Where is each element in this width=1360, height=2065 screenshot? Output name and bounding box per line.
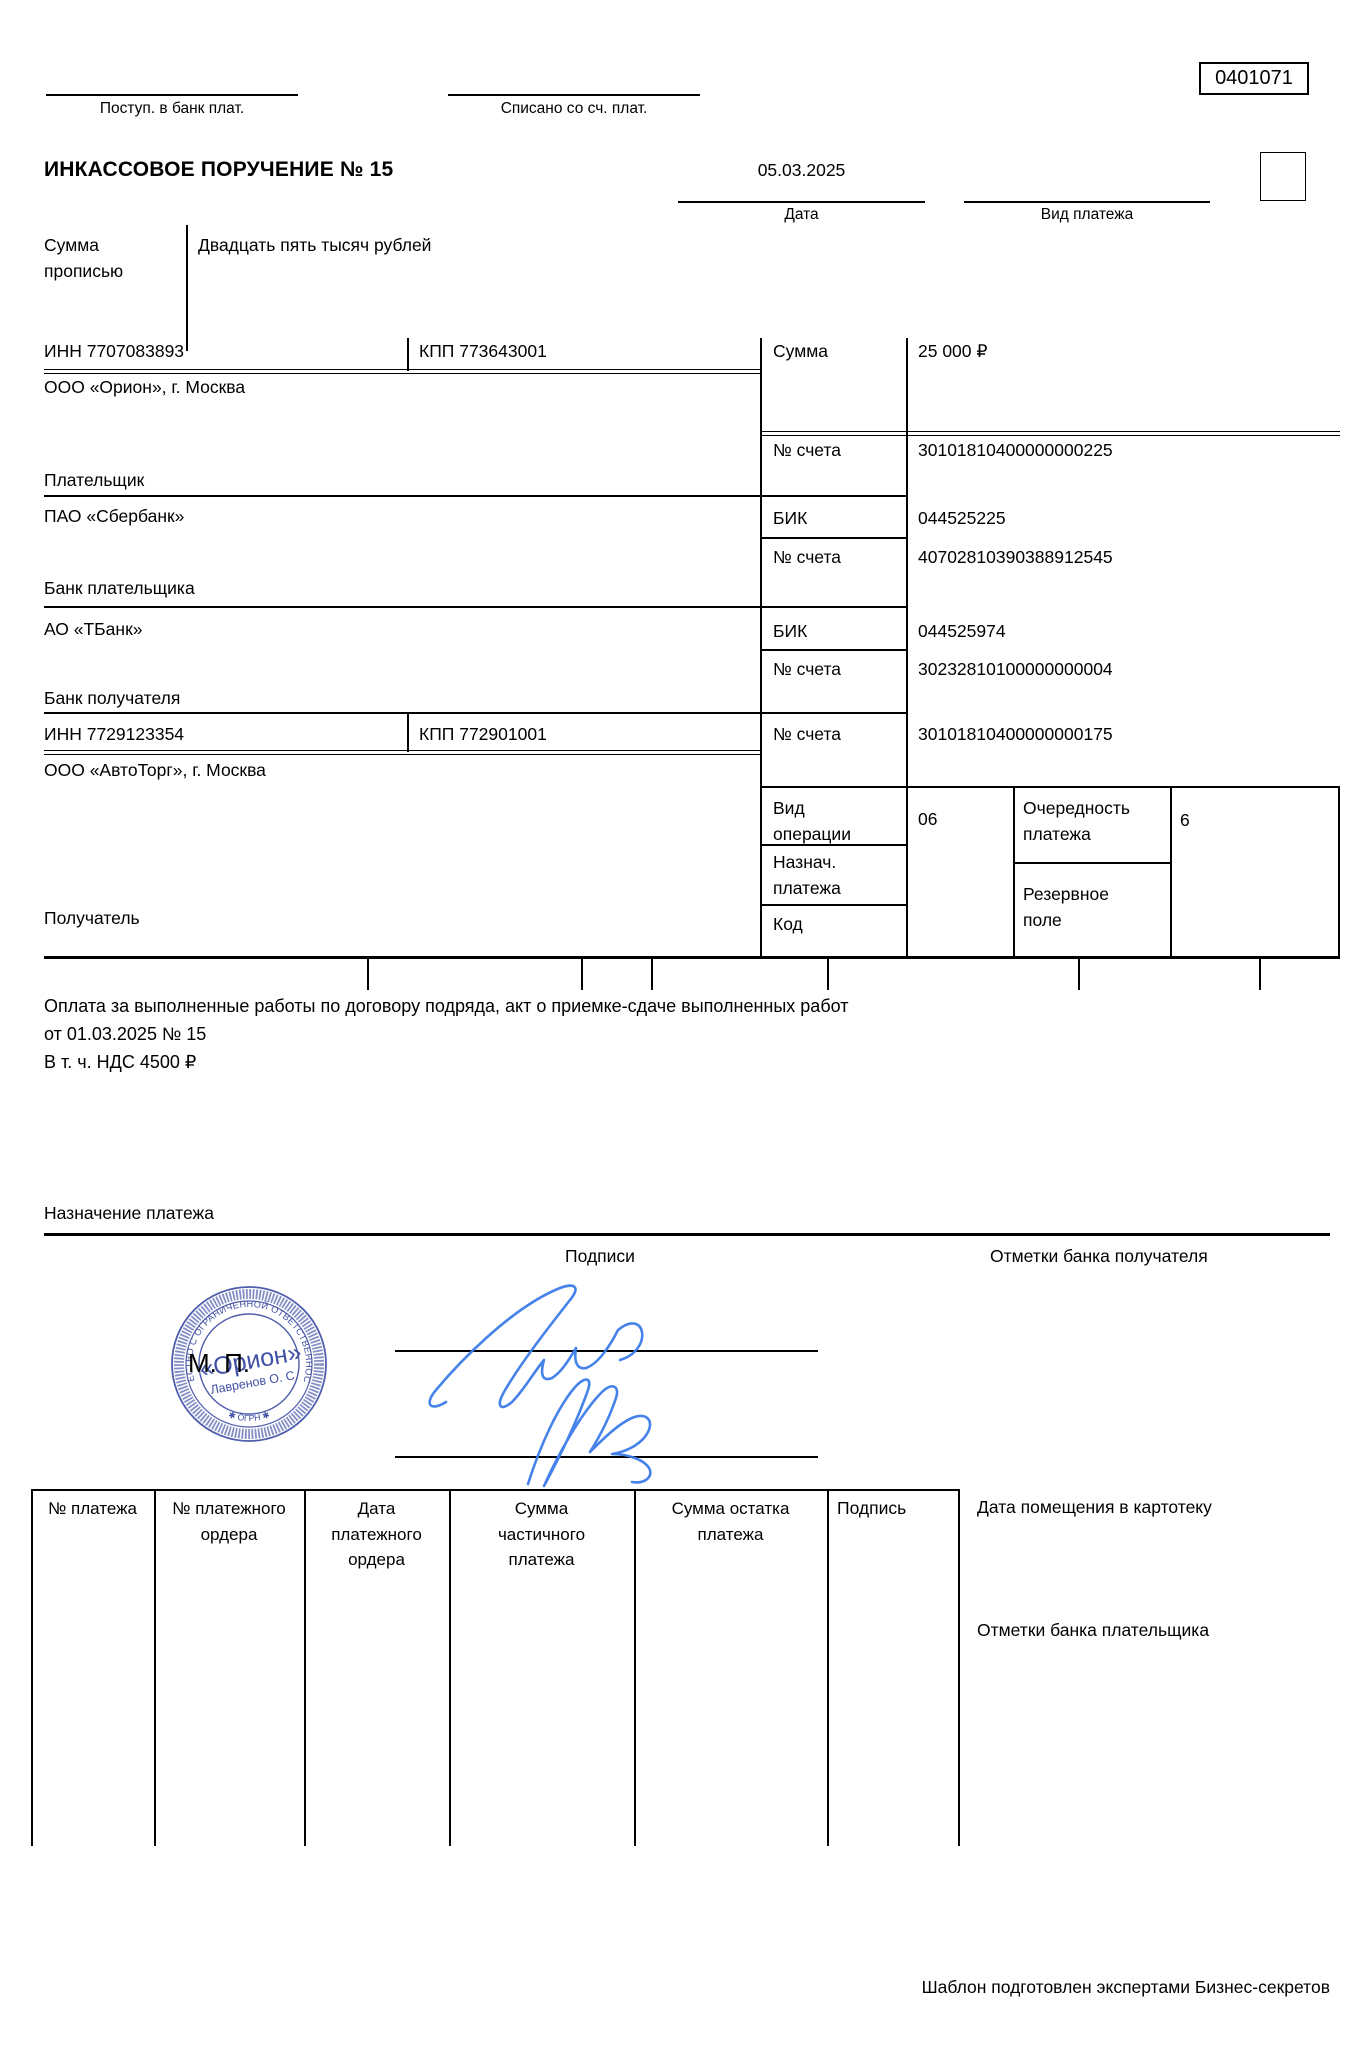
payee-bank-bik-label: БИК [773, 621, 807, 642]
payer-bank-name: ПАО «Сбербанк» [44, 506, 184, 527]
tick-divider [651, 956, 653, 990]
payee-bank-name: АО «ТБанк» [44, 619, 142, 640]
table-v-border [958, 1489, 960, 1846]
payee-kpp: КПП 772901001 [419, 724, 547, 745]
purpose-line-3: В т. ч. НДС 4500 ₽ [44, 1052, 196, 1074]
h-divider [44, 750, 760, 755]
purpose-line-2: от 01.03.2025 № 15 [44, 1024, 206, 1046]
h-divider [44, 495, 906, 497]
h-divider [760, 431, 1340, 436]
footer-credit: Шаблон подготовлен экспертами Бизнес-сек… [700, 1977, 1330, 1998]
tick-divider [1259, 956, 1261, 990]
operation-kind-label-2: операции [773, 824, 851, 845]
payer-account-label: № счета [773, 440, 841, 461]
amount-value: 25 000 ₽ [918, 341, 988, 362]
priority-label-2: платежа [1023, 824, 1091, 845]
form-code-box: 0401071 [1199, 62, 1309, 95]
payer-name: ООО «Орион», г. Москва [44, 377, 245, 398]
h-divider [760, 904, 906, 906]
table-v-border [31, 1489, 33, 1846]
payment-kind-line [964, 201, 1210, 203]
column-header-partial-amount: Сумма частичного платежа [479, 1496, 604, 1573]
payer-kpp: КПП 773643001 [419, 341, 547, 362]
table-v-border [827, 1489, 829, 1846]
status-box [1260, 152, 1306, 201]
priority-label-1: Очередность [1023, 798, 1130, 819]
inn-kpp-divider [407, 338, 409, 371]
table-v-border [154, 1489, 156, 1846]
amount-words-value: Двадцать пять тысяч рублей [198, 235, 431, 256]
received-label: Поступ. в банк плат. [46, 100, 298, 119]
payer-bank-account-value: 40702810390388912545 [918, 547, 1113, 568]
date-label: Дата [678, 206, 925, 225]
payee-bank-bik-value: 044525974 [918, 621, 1006, 642]
purpose-line-1: Оплата за выполненные работы по договору… [44, 996, 849, 1018]
card-file-date-label: Дата помещения в картотеку [977, 1497, 1212, 1518]
amount-label: Сумма [773, 341, 828, 362]
h-divider [760, 786, 1340, 788]
purpose-cell-label-2: платежа [773, 878, 841, 899]
amount-words-divider [186, 225, 188, 351]
debited-line [448, 94, 700, 96]
signature-1 [430, 1286, 643, 1407]
grid-v-divider [1338, 787, 1340, 958]
payee-bank-label: Банк получателя [44, 688, 180, 709]
h-divider [44, 712, 906, 714]
h-divider [1013, 862, 1170, 864]
form-code: 0401071 [1215, 67, 1293, 90]
payer-bank-label: Банк плательщика [44, 578, 195, 599]
column-header-payment-no: № платежа [36, 1496, 149, 1522]
reserve-label-1: Резервное [1023, 884, 1109, 905]
h-divider [760, 537, 906, 539]
signature-2 [528, 1380, 650, 1486]
payee-name: ООО «АвтоТорг», г. Москва [44, 760, 266, 781]
signatures-title: Подписи [500, 1246, 700, 1267]
amount-words-label-1: Сумма [44, 235, 99, 256]
payee-account-value: 30101810400000000175 [918, 724, 1113, 745]
h-divider [760, 844, 906, 846]
date-value: 05.03.2025 [678, 160, 925, 181]
amount-words-label-2: прописью [44, 261, 123, 282]
payee-account-label: № счета [773, 724, 841, 745]
reserve-label-2: поле [1023, 910, 1062, 931]
payer-bank-bik-value: 044525225 [918, 508, 1006, 529]
grid-v-divider [1170, 787, 1172, 958]
tick-divider [1078, 956, 1080, 990]
collection-order-document: 0401071 Поступ. в банк плат. Списано со … [0, 0, 1360, 2065]
tick-divider [827, 956, 829, 990]
payee-bank-account-label: № счета [773, 659, 841, 680]
stamp-bottom-text: ✱ ОГРН ✱ [227, 1409, 271, 1423]
payer-label: Плательщик [44, 470, 144, 491]
h-divider [760, 649, 906, 651]
received-line [46, 94, 298, 96]
payer-account-value: 30101810400000000225 [918, 440, 1113, 461]
h-divider [44, 606, 906, 608]
table-v-border [634, 1489, 636, 1846]
payee-inn: ИНН 7729123354 [44, 724, 184, 745]
table-v-border [449, 1489, 451, 1846]
payee-label: Получатель [44, 908, 140, 929]
payer-bank-bik-label: БИК [773, 508, 807, 529]
payer-bank-account-label: № счета [773, 547, 841, 568]
h-divider [44, 1233, 1330, 1236]
h-divider [44, 956, 1340, 959]
inn-kpp-divider [407, 713, 409, 752]
payer-bank-marks-label: Отметки банка плательщика [977, 1620, 1209, 1641]
h-divider [44, 369, 760, 374]
column-header-rest-amount: Сумма остатка платежа [648, 1496, 813, 1547]
mp-label: М. П. [188, 1348, 250, 1379]
svg-text:✱ ОГРН ✱: ✱ ОГРН ✱ [227, 1409, 271, 1423]
column-header-signature: Подпись [837, 1498, 906, 1519]
operation-kind-label-1: Вид [773, 798, 805, 819]
column-header-order-no: № платежного ордера [169, 1496, 289, 1547]
document-title: ИНКАССОВОЕ ПОРУЧЕНИЕ № 15 [44, 157, 393, 182]
tick-divider [367, 956, 369, 990]
column-header-order-date: Дата платежного ордера [317, 1496, 436, 1573]
grid-v-divider [1013, 787, 1015, 958]
debited-label: Списано со сч. плат. [448, 100, 700, 119]
handwritten-signatures [380, 1270, 720, 1500]
tick-divider [581, 956, 583, 990]
payment-kind-label: Вид платежа [964, 206, 1210, 225]
purpose-label: Назначение платежа [44, 1203, 214, 1224]
purpose-cell-label-1: Назнач. [773, 852, 836, 873]
date-line [678, 201, 925, 203]
operation-kind-value: 06 [918, 809, 937, 830]
payer-inn: ИНН 7707083893 [44, 341, 184, 362]
payee-bank-marks-label: Отметки банка получателя [990, 1246, 1208, 1267]
table-top-border [31, 1489, 958, 1491]
table-v-border [304, 1489, 306, 1846]
payee-bank-account-value: 30232810100000000004 [918, 659, 1113, 680]
code-label: Код [773, 914, 803, 935]
priority-value: 6 [1180, 810, 1190, 831]
